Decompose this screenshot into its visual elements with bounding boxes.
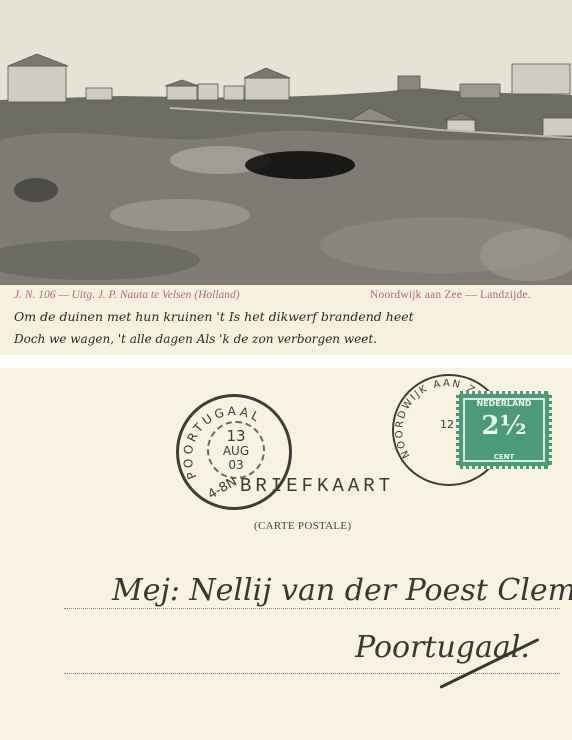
recipient-name: Mej: Nellij van der Poest Clement xyxy=(112,573,572,608)
publisher-caption: J. N. 106 — Uitg. J. P. Nauta te Velsen … xyxy=(14,289,240,301)
handwritten-message-line-1: Om de duinen met hun kruinen 't Is het d… xyxy=(14,309,414,324)
dune-photograph xyxy=(0,0,572,285)
postcard-front: J. N. 106 — Uitg. J. P. Nauta te Velsen … xyxy=(0,0,572,355)
recipient-town: Poortugaal. xyxy=(355,630,530,665)
postmark-year: 03 xyxy=(221,458,251,472)
postcard-back: BRIEFKAART (CARTE POSTALE) POORTUGAAL 13… xyxy=(0,368,572,740)
handwritten-message-line-2: Doch we wagen, 't alle dagen Als 'k de z… xyxy=(14,332,377,346)
postmark-poortugaal: POORTUGAAL 13 AUG 03 4-8N xyxy=(176,394,292,510)
postage-stamp: NEDERLAND 2½ CENT xyxy=(456,391,552,469)
stamp-unit: CENT xyxy=(459,453,549,461)
address-line-2-dots xyxy=(64,673,560,674)
stamp-value: 2½ xyxy=(459,411,549,441)
carte-postale-subheading: (CARTE POSTALE) xyxy=(254,520,351,532)
postmark-month: AUG xyxy=(219,444,253,458)
address-line-1-dots xyxy=(64,608,560,609)
stamp-country: NEDERLAND xyxy=(459,399,549,408)
postmark-day: 13 xyxy=(221,427,251,445)
postmark-day: 12 xyxy=(440,418,454,431)
photo-scene xyxy=(0,0,572,285)
location-caption: Noordwijk aan Zee — Landzijde. xyxy=(370,289,531,301)
